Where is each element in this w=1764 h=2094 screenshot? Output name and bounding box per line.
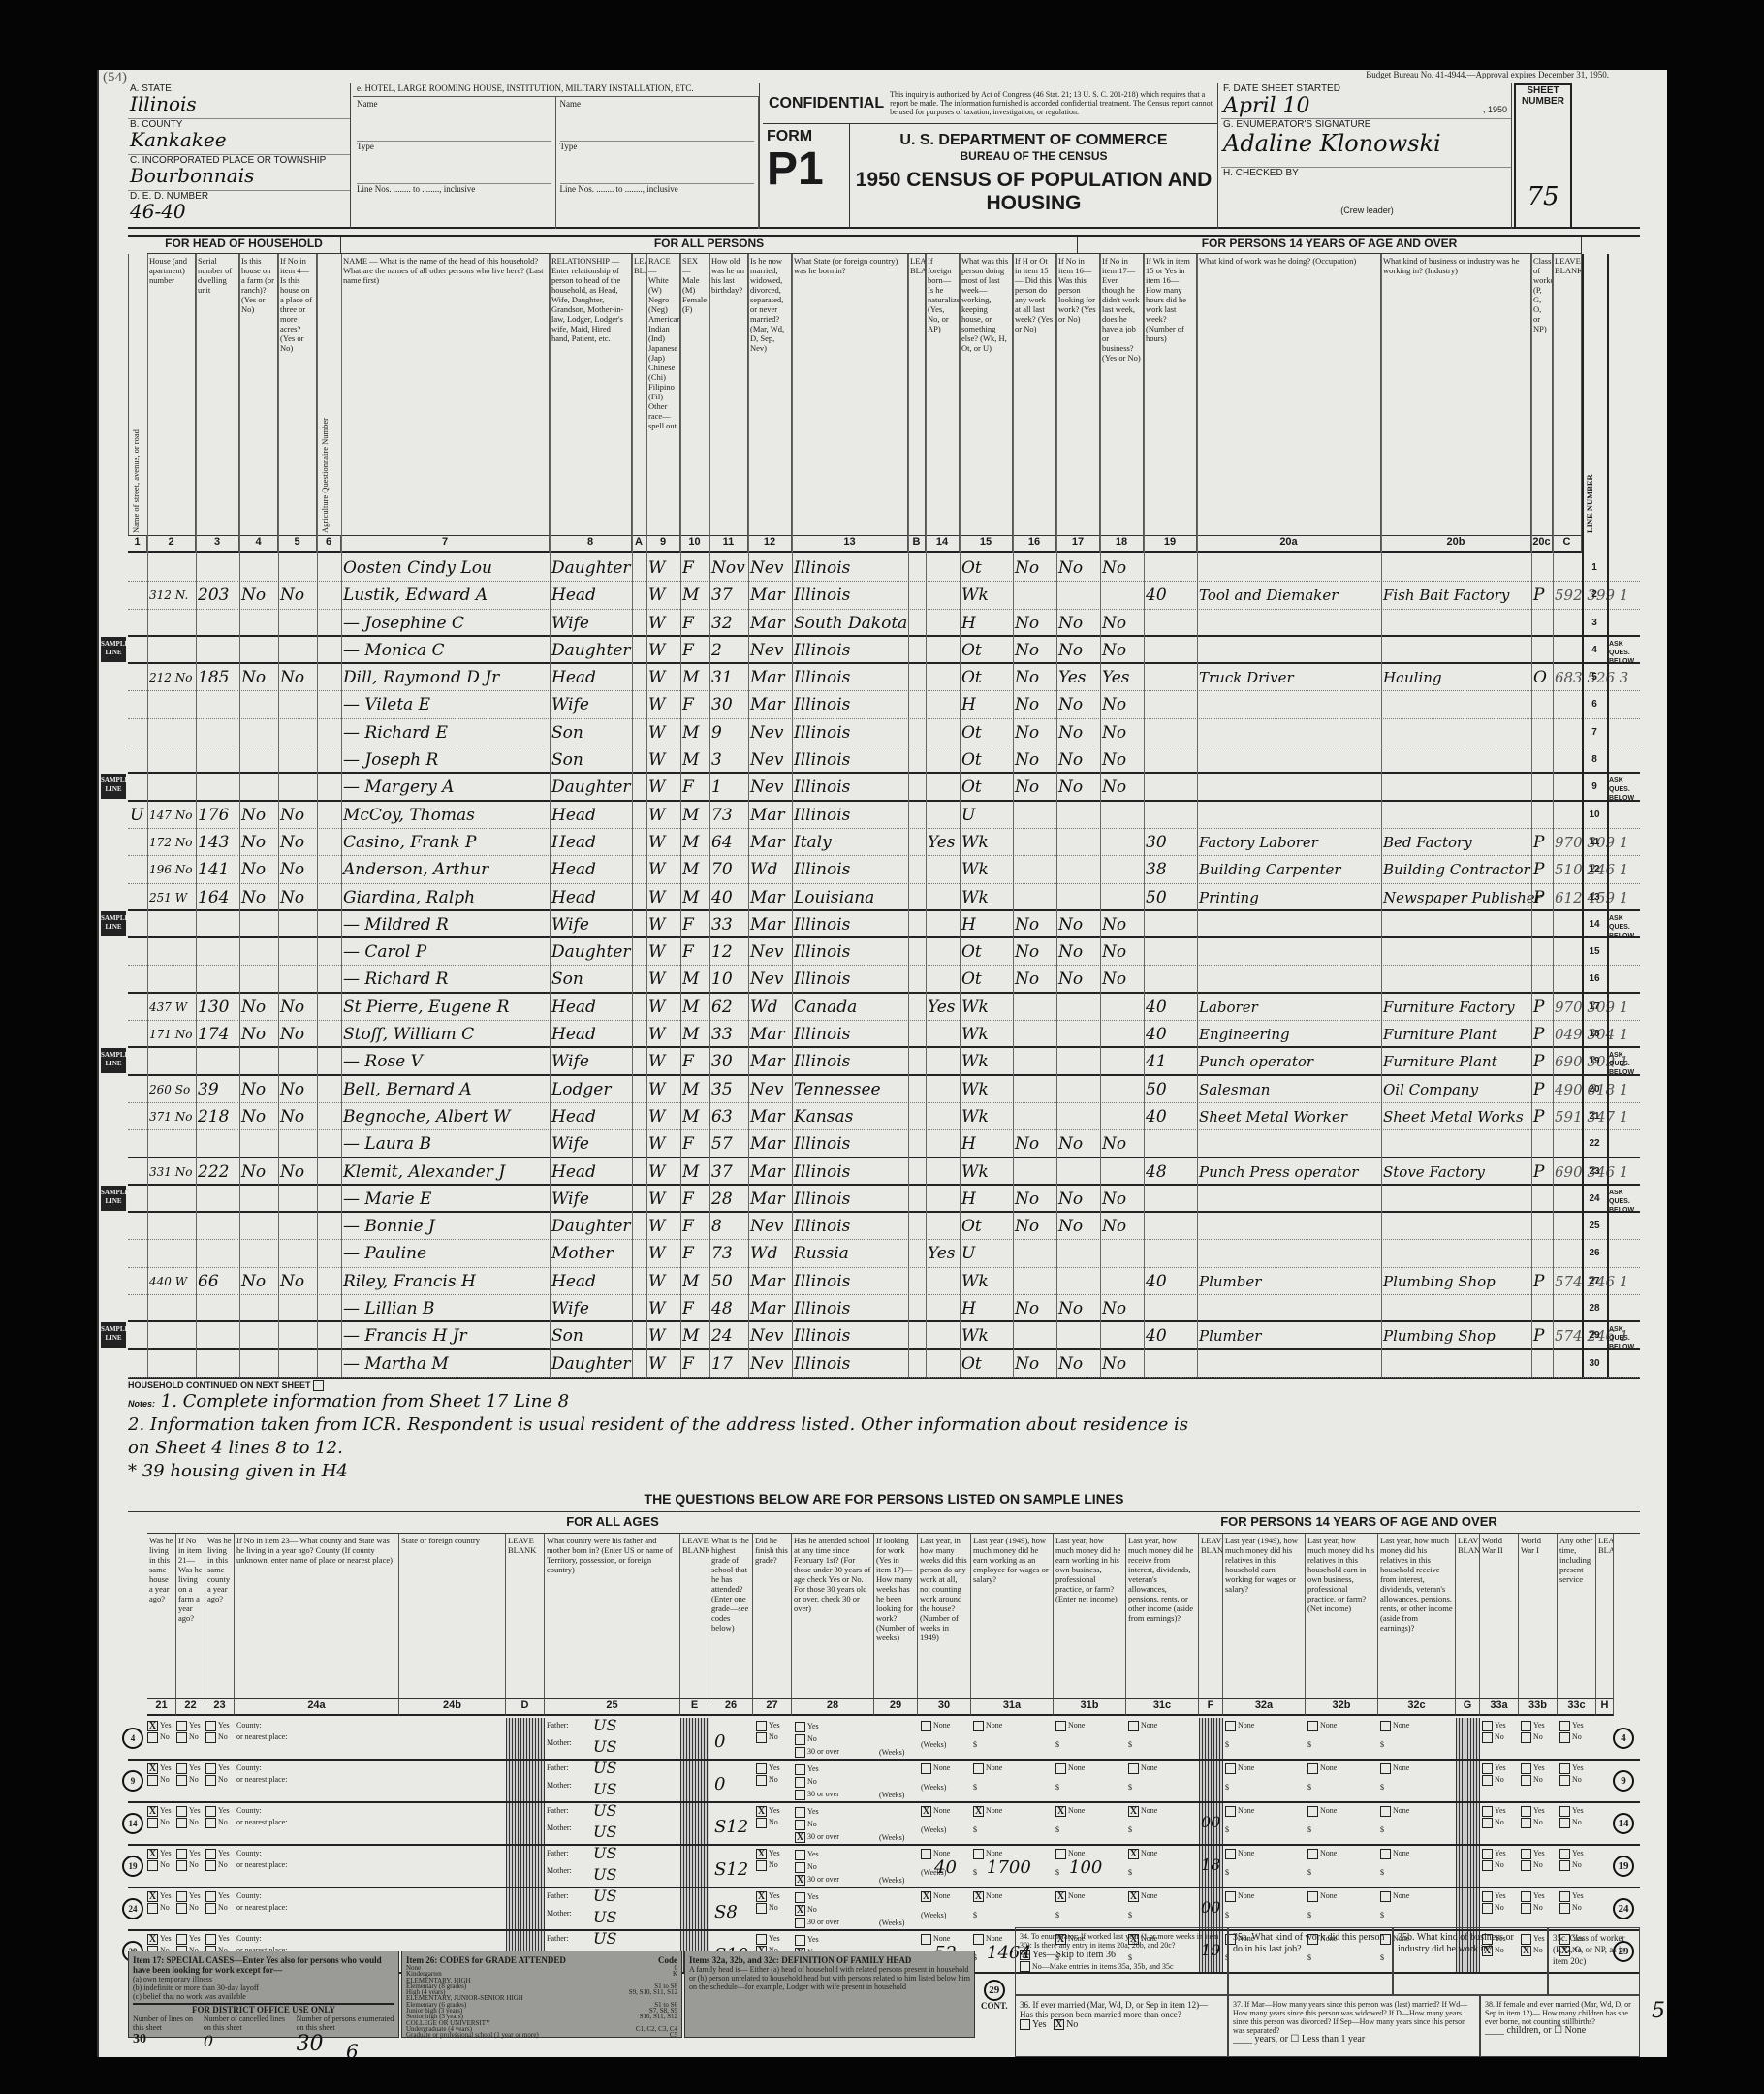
attended-no-checkbox[interactable]: X bbox=[795, 1905, 805, 1916]
self-employment-none-checkbox[interactable]: X bbox=[1055, 1806, 1066, 1817]
relatives-wages-none-checkbox[interactable] bbox=[1225, 1891, 1236, 1902]
farm-year-ago-yes-checkbox[interactable] bbox=[176, 1806, 187, 1817]
relatives-wages-none-checkbox[interactable] bbox=[1225, 1849, 1236, 1859]
sample-line-number: 14 bbox=[1613, 1813, 1634, 1834]
relatives-other-none-checkbox[interactable] bbox=[1380, 1891, 1391, 1902]
wages-none-checkbox[interactable] bbox=[973, 1849, 984, 1859]
cell-street bbox=[128, 746, 147, 772]
no-label: No bbox=[1572, 1860, 1582, 1869]
cell-race: W bbox=[646, 664, 680, 690]
same-county-yes-checkbox[interactable] bbox=[205, 1891, 216, 1902]
no-label: No bbox=[807, 1734, 817, 1743]
weeks-worked-none-checkbox[interactable]: X bbox=[921, 1891, 931, 1902]
cell-any-work bbox=[1013, 1158, 1056, 1184]
weeks-worked-none-checkbox[interactable] bbox=[921, 1763, 931, 1774]
relatives-business-cell: None$ bbox=[1307, 1848, 1337, 1879]
cell-birthplace: Illinois bbox=[792, 691, 908, 717]
relatives-wages-none-checkbox[interactable] bbox=[1225, 1721, 1236, 1731]
sample-line-number: 9 bbox=[1613, 1770, 1634, 1792]
cell-farm: No bbox=[239, 582, 278, 608]
ww2-yes-checkbox[interactable] bbox=[1482, 1763, 1493, 1774]
cell-rel: Daughter bbox=[550, 1213, 632, 1239]
cell-acres bbox=[278, 1048, 317, 1073]
ww1-yes-checkbox[interactable] bbox=[1521, 1849, 1531, 1859]
none-label: None bbox=[1068, 1891, 1085, 1900]
sample-column-header: World War I bbox=[1519, 1534, 1558, 1698]
county-cell: County:or nearest place: bbox=[236, 1890, 287, 1914]
page-code: (54) bbox=[103, 70, 127, 86]
farm-year-ago-no-checkbox[interactable] bbox=[176, 1860, 187, 1871]
cell-looking: No bbox=[1056, 637, 1100, 662]
none-label: None bbox=[933, 1763, 950, 1772]
attended-no-checkbox[interactable] bbox=[795, 1734, 805, 1745]
same-house-yes-checkbox[interactable]: X bbox=[147, 1849, 158, 1859]
wages-none-checkbox[interactable]: X bbox=[973, 1806, 984, 1817]
cell-class bbox=[1531, 555, 1553, 581]
ww2-cell: YesNo bbox=[1482, 1720, 1506, 1743]
same-house-yes-checkbox[interactable]: X bbox=[147, 1934, 158, 1945]
sample-column-number: 31b bbox=[1054, 1698, 1126, 1716]
other-income-none-checkbox[interactable]: X bbox=[1128, 1806, 1139, 1817]
institution-type-label-2: Type bbox=[560, 142, 755, 184]
other-income-none-checkbox[interactable]: X bbox=[1128, 1849, 1139, 1859]
none-label: None bbox=[986, 1934, 1002, 1943]
relatives-business-none-checkbox[interactable] bbox=[1307, 1849, 1318, 1859]
sheet-number: 75 bbox=[1516, 182, 1570, 211]
grid-line bbox=[632, 254, 633, 1377]
cell-birthplace: Kansas bbox=[792, 1103, 908, 1129]
same-county-cell: YesNo bbox=[205, 1890, 230, 1914]
grid-line bbox=[239, 254, 240, 1377]
over30-label: 30 or over bbox=[807, 1790, 839, 1798]
other-income-none-checkbox[interactable] bbox=[1128, 1763, 1139, 1774]
no-label: No bbox=[189, 1775, 199, 1784]
cell-rel: Son bbox=[550, 719, 632, 746]
cell-marital: Mar bbox=[748, 1295, 792, 1320]
self-employment-none-checkbox[interactable] bbox=[1055, 1849, 1066, 1859]
cell-acres bbox=[278, 774, 317, 799]
cell-race: W bbox=[646, 1186, 680, 1211]
same-house-no-checkbox[interactable] bbox=[147, 1903, 158, 1914]
farm-year-ago-yes-checkbox[interactable] bbox=[176, 1891, 187, 1902]
line-number: 9 bbox=[1582, 774, 1607, 801]
cell-nat bbox=[926, 1048, 960, 1073]
none-label: None bbox=[1320, 1806, 1337, 1815]
no-label: No bbox=[769, 1903, 778, 1912]
ww2-no-checkbox[interactable] bbox=[1482, 1818, 1493, 1828]
county-label: County: bbox=[236, 1721, 262, 1729]
sample-column-header: Has he attended school at any time since… bbox=[792, 1534, 874, 1698]
column-number: A bbox=[632, 535, 646, 553]
cell-job: No bbox=[1100, 1295, 1144, 1320]
census-title: 1950 CENSUS OF POPULATION AND HOUSING bbox=[850, 169, 1217, 215]
farm-year-ago-yes-checkbox[interactable] bbox=[176, 1721, 187, 1731]
ww1-no-checkbox[interactable] bbox=[1521, 1775, 1531, 1786]
cell-marital: Mar bbox=[748, 1158, 792, 1184]
dollar-label: $ bbox=[1128, 1825, 1132, 1834]
same-county-yes-checkbox[interactable] bbox=[205, 1721, 216, 1731]
finished-yes-checkbox[interactable] bbox=[756, 1721, 767, 1731]
attended-over30-checkbox[interactable] bbox=[795, 1790, 805, 1800]
cell-hours bbox=[1144, 1295, 1197, 1320]
cell-serial: 130 bbox=[196, 994, 239, 1020]
attended-no-checkbox[interactable] bbox=[795, 1862, 805, 1873]
no-label: No bbox=[1533, 1775, 1543, 1784]
finished-no-checkbox[interactable] bbox=[756, 1903, 767, 1914]
household-continued-checkbox[interactable] bbox=[313, 1380, 324, 1391]
cell-activity: Wk bbox=[960, 829, 1013, 855]
weeks-looking-cell: (Weeks) bbox=[879, 1747, 904, 1759]
cell-marital: Mar bbox=[748, 1268, 792, 1294]
cell-name: — Richard E bbox=[341, 719, 550, 746]
cell-industry: Fish Bait Factory bbox=[1381, 582, 1531, 608]
yes-label: Yes bbox=[160, 1763, 172, 1772]
attended-yes-checkbox[interactable] bbox=[795, 1764, 805, 1775]
other-service-yes-checkbox[interactable] bbox=[1559, 1721, 1570, 1731]
cell-activity: H bbox=[960, 1295, 1013, 1320]
finished-no-checkbox[interactable] bbox=[756, 1860, 767, 1871]
finished-yes-checkbox[interactable]: X bbox=[756, 1806, 767, 1817]
cell-any-work: No bbox=[1013, 1350, 1056, 1377]
father-label: Father: bbox=[547, 1849, 569, 1857]
ww2-yes-checkbox[interactable] bbox=[1482, 1806, 1493, 1817]
none-label: None bbox=[986, 1806, 1002, 1815]
column-header: How old was he on his last birthday? bbox=[709, 254, 748, 535]
no-label: No bbox=[1495, 1903, 1504, 1912]
sample-column-header: Last year (1949), how much money did his… bbox=[1223, 1534, 1306, 1698]
cell-looking: No bbox=[1056, 555, 1100, 581]
cell-occupation: Truck Driver bbox=[1197, 664, 1381, 690]
district-office-title: FOR DISTRICT OFFICE USE ONLY bbox=[133, 2003, 394, 2015]
finished-yes-checkbox[interactable]: X bbox=[756, 1891, 767, 1902]
column-header: RACE — White (W) Negro (Neg) American In… bbox=[646, 254, 680, 535]
same-county-no-checkbox[interactable] bbox=[205, 1775, 216, 1786]
weeks-label: (Weeks) bbox=[879, 1833, 904, 1842]
cell-industry: Sheet Metal Works bbox=[1381, 1103, 1531, 1129]
yes-label: Yes bbox=[1572, 1721, 1584, 1729]
ww1-no-checkbox[interactable] bbox=[1521, 1903, 1531, 1914]
line-number: 14 bbox=[1582, 911, 1607, 938]
none-label: None bbox=[933, 1806, 950, 1815]
relatives-wages-none-checkbox[interactable] bbox=[1225, 1806, 1236, 1817]
cell-sex: F bbox=[680, 774, 709, 799]
father-label: Father: bbox=[547, 1891, 569, 1900]
cell-marital: Mar bbox=[748, 691, 792, 717]
attended-over30-checkbox[interactable] bbox=[795, 1918, 805, 1928]
cell-marital: Nev bbox=[748, 1350, 792, 1377]
question-36: 36. If ever married (Mar, Wd, D, or Sep … bbox=[1015, 1995, 1228, 2057]
no-label: No bbox=[807, 1777, 817, 1786]
same-house-yes-checkbox[interactable]: X bbox=[147, 1763, 158, 1774]
sample-line-number: 19 bbox=[1613, 1856, 1634, 1877]
column-number: B bbox=[908, 535, 926, 553]
ww1-yes-checkbox[interactable] bbox=[1521, 1763, 1531, 1774]
cell-house bbox=[147, 1322, 196, 1348]
cell-rel: Head bbox=[550, 582, 632, 608]
q36-no-checkbox[interactable]: X bbox=[1054, 2019, 1064, 2030]
same-county-no-checkbox[interactable] bbox=[205, 1818, 216, 1828]
cell-nat bbox=[926, 1295, 960, 1320]
same-house-yes-checkbox[interactable]: X bbox=[147, 1806, 158, 1817]
attended-no-checkbox[interactable] bbox=[795, 1777, 805, 1788]
other-income-none-checkbox[interactable]: X bbox=[1128, 1891, 1139, 1902]
yes-label: Yes bbox=[189, 1721, 201, 1729]
cell-serial: 164 bbox=[196, 884, 239, 909]
column-number: 15 bbox=[960, 535, 1013, 553]
cell-sex: M bbox=[680, 1268, 709, 1294]
attended-yes-checkbox[interactable] bbox=[795, 1850, 805, 1860]
cell-hours bbox=[1144, 802, 1197, 828]
finished-no-checkbox[interactable] bbox=[756, 1818, 767, 1828]
weeks-worked-none-checkbox[interactable] bbox=[921, 1721, 931, 1731]
same-county-yes-checkbox[interactable] bbox=[205, 1849, 216, 1859]
farm-year-ago-cell: YesNo bbox=[176, 1848, 201, 1871]
other-service-yes-checkbox[interactable] bbox=[1559, 1763, 1570, 1774]
cell-house: 331 No bbox=[147, 1158, 196, 1184]
same-house-cell: XYesNo bbox=[147, 1762, 172, 1786]
cell-job: Yes bbox=[1100, 664, 1144, 690]
person-row: 437 W130NoNoSt Pierre, Eugene RHeadWM62W… bbox=[128, 994, 1640, 1021]
column-number: 8 bbox=[550, 535, 632, 553]
cell-street: U bbox=[128, 802, 147, 828]
attended-over30-checkbox[interactable]: X bbox=[795, 1832, 805, 1843]
other-service-yes-checkbox[interactable] bbox=[1559, 1806, 1570, 1817]
column-header: What kind of business or industry was he… bbox=[1381, 254, 1531, 535]
farm-year-ago-no-checkbox[interactable] bbox=[176, 1775, 187, 1786]
weeks-looking-cell: (Weeks) bbox=[879, 1875, 904, 1887]
cell-street bbox=[128, 1350, 147, 1377]
yes-label: Yes bbox=[807, 1850, 819, 1858]
other-service-no-checkbox[interactable] bbox=[1559, 1775, 1570, 1786]
finished-yes-checkbox[interactable] bbox=[756, 1763, 767, 1774]
ww2-yes-checkbox[interactable] bbox=[1482, 1721, 1493, 1731]
relatives-other-cell: None$ bbox=[1380, 1848, 1409, 1879]
same-house-no-checkbox[interactable] bbox=[147, 1818, 158, 1828]
no-label: No bbox=[189, 1818, 199, 1826]
cell-race: W bbox=[646, 1130, 680, 1156]
person-row: 212 No185NoNoDill, Raymond D JrHeadWM31M… bbox=[128, 664, 1640, 691]
same-county-yes-checkbox[interactable] bbox=[205, 1806, 216, 1817]
other-service-no-checkbox[interactable] bbox=[1559, 1818, 1570, 1828]
other-income-none-checkbox[interactable] bbox=[1128, 1721, 1139, 1731]
same-county-yes-checkbox[interactable] bbox=[205, 1763, 216, 1774]
self-employment-none-checkbox[interactable] bbox=[1055, 1763, 1066, 1774]
attended-yes-checkbox[interactable] bbox=[795, 1722, 805, 1732]
other-service-yes-checkbox[interactable] bbox=[1559, 1849, 1570, 1859]
cell-class bbox=[1531, 938, 1553, 965]
cell-house: 171 No bbox=[147, 1021, 196, 1046]
ww2-no-checkbox[interactable] bbox=[1482, 1775, 1493, 1786]
cell-occupation: Punch Press operator bbox=[1197, 1158, 1381, 1184]
form-number: P1 bbox=[767, 145, 845, 194]
person-row: — Marie EWifeWF28MarIllinoisHNoNoNo24ASK… bbox=[128, 1186, 1640, 1213]
attended-over30-checkbox[interactable]: X bbox=[795, 1875, 805, 1886]
dollar-label: $ bbox=[1380, 1868, 1384, 1877]
relatives-wages-none-checkbox[interactable] bbox=[1225, 1763, 1236, 1774]
sample-column-header: Was he living in this same house a year … bbox=[147, 1534, 176, 1698]
cell-class: O bbox=[1531, 664, 1553, 690]
cell-house: 196 No bbox=[147, 856, 196, 882]
wages-none-checkbox[interactable] bbox=[973, 1721, 984, 1731]
cell-serial: 218 bbox=[196, 1103, 239, 1129]
wages-none-checkbox[interactable] bbox=[973, 1763, 984, 1774]
county-cell: County:or nearest place: bbox=[236, 1762, 287, 1786]
none-label: None bbox=[1238, 1806, 1254, 1815]
cell-any-work bbox=[1013, 802, 1056, 828]
cell-class: P bbox=[1531, 1076, 1553, 1102]
weeks-worked-none-checkbox[interactable] bbox=[921, 1849, 931, 1859]
dollar-label: $ bbox=[1225, 1825, 1229, 1834]
father-label: Father: bbox=[547, 1934, 569, 1943]
ww2-no-checkbox[interactable] bbox=[1482, 1903, 1493, 1914]
same-county-no-checkbox[interactable] bbox=[205, 1732, 216, 1743]
relatives-business-none-checkbox[interactable] bbox=[1307, 1763, 1318, 1774]
same-house-yes-checkbox[interactable]: X bbox=[147, 1891, 158, 1902]
same-county-yes-checkbox[interactable] bbox=[205, 1934, 216, 1945]
finished-no-checkbox[interactable] bbox=[756, 1732, 767, 1743]
father-birthplace: US bbox=[593, 1801, 616, 1820]
line-number: 20 bbox=[1582, 1076, 1607, 1103]
cell-serial: 203 bbox=[196, 582, 239, 608]
relatives-other-none-checkbox[interactable] bbox=[1380, 1721, 1391, 1731]
cell-nat bbox=[926, 555, 960, 581]
cell-any-work: No bbox=[1013, 610, 1056, 635]
question-35b: 35b. What kind of business or industry d… bbox=[1393, 1927, 1548, 1995]
attended-yes-checkbox[interactable] bbox=[795, 1935, 805, 1946]
relatives-other-none-checkbox[interactable] bbox=[1380, 1849, 1391, 1859]
grid-line bbox=[1607, 254, 1609, 1377]
ww2-yes-checkbox[interactable] bbox=[1482, 1849, 1493, 1859]
ww1-yes-checkbox[interactable] bbox=[1521, 1891, 1531, 1902]
cell-serial: 66 bbox=[196, 1268, 239, 1294]
cell-serial bbox=[196, 610, 239, 635]
farm-year-ago-no-checkbox[interactable] bbox=[176, 1732, 187, 1743]
weeks-label: (Weeks) bbox=[921, 1825, 946, 1834]
sample-line-marker: SAMPLE LINE bbox=[101, 1322, 126, 1348]
mother-birthplace: US bbox=[593, 1865, 616, 1884]
margin-mark: 5 bbox=[1652, 1999, 1665, 2023]
highest-grade: 0 bbox=[714, 1774, 725, 1794]
wages-none-checkbox[interactable]: X bbox=[973, 1891, 984, 1902]
same-house-no-checkbox[interactable] bbox=[147, 1860, 158, 1871]
yes-label: Yes bbox=[160, 1849, 172, 1857]
cell-marital: Mar bbox=[748, 884, 792, 909]
cell-marital: Nev bbox=[748, 1322, 792, 1348]
cell-street bbox=[128, 1186, 147, 1211]
cell-job bbox=[1100, 1021, 1144, 1046]
ww1-yes-checkbox[interactable] bbox=[1521, 1721, 1531, 1731]
same-house-no-checkbox[interactable] bbox=[147, 1732, 158, 1743]
ww2-no-checkbox[interactable] bbox=[1482, 1732, 1493, 1743]
finished-yes-checkbox[interactable]: X bbox=[756, 1849, 767, 1859]
farm-year-ago-yes-checkbox[interactable] bbox=[176, 1934, 187, 1945]
attended-yes-checkbox[interactable] bbox=[795, 1892, 805, 1903]
cell-activity: Ot bbox=[960, 774, 1013, 799]
other-service-yes-checkbox[interactable] bbox=[1559, 1891, 1570, 1902]
ww1-no-checkbox[interactable] bbox=[1521, 1860, 1531, 1871]
finished-yes-checkbox[interactable] bbox=[756, 1934, 767, 1945]
relatives-business-none-checkbox[interactable] bbox=[1307, 1806, 1318, 1817]
same-county-no-checkbox[interactable] bbox=[205, 1860, 216, 1871]
other-service-cell: YesNo bbox=[1559, 1762, 1584, 1786]
same-county-no-checkbox[interactable] bbox=[205, 1903, 216, 1914]
farm-year-ago-yes-checkbox[interactable] bbox=[176, 1763, 187, 1774]
line-number: 26 bbox=[1582, 1240, 1607, 1267]
relatives-other-none-checkbox[interactable] bbox=[1380, 1806, 1391, 1817]
cell-acres bbox=[278, 1322, 317, 1348]
cell-rel: Son bbox=[550, 966, 632, 991]
wages-none-checkbox[interactable] bbox=[973, 1934, 984, 1945]
none-label: None bbox=[1238, 1891, 1254, 1900]
no-label: No bbox=[1572, 1818, 1582, 1826]
ww1-no-checkbox[interactable] bbox=[1521, 1818, 1531, 1828]
cell-activity: H bbox=[960, 691, 1013, 717]
cell-industry: Bed Factory bbox=[1381, 829, 1531, 855]
attended-over30-checkbox[interactable] bbox=[795, 1747, 805, 1758]
no-label: No bbox=[1533, 1860, 1543, 1869]
finished-grade-cell: YesNo bbox=[756, 1762, 780, 1786]
same-house-no-checkbox[interactable] bbox=[147, 1775, 158, 1786]
other-service-no-checkbox[interactable] bbox=[1559, 1903, 1570, 1914]
line-number: 21 bbox=[1582, 1103, 1607, 1130]
self-employment-none-checkbox[interactable]: X bbox=[1055, 1891, 1066, 1902]
q36-yes-checkbox[interactable] bbox=[1020, 2019, 1030, 2030]
cell-acres bbox=[278, 691, 317, 717]
q34-no-checkbox[interactable] bbox=[1020, 1961, 1030, 1972]
cell-nat bbox=[926, 610, 960, 635]
grade-codes-title: Item 26: CODES for GRADE ATTENDED bbox=[406, 1955, 566, 1965]
attended-no-checkbox[interactable] bbox=[795, 1820, 805, 1830]
same-house-yes-checkbox[interactable]: X bbox=[147, 1721, 158, 1731]
none-label: None bbox=[1068, 1721, 1085, 1729]
wages-cell: None$ bbox=[973, 1720, 1002, 1751]
self-employment-none-checkbox[interactable] bbox=[1055, 1721, 1066, 1731]
cell-industry bbox=[1381, 1295, 1531, 1320]
cell-marital: Nev bbox=[748, 746, 792, 772]
other-service-no-checkbox[interactable] bbox=[1559, 1732, 1570, 1743]
farm-year-ago-no-checkbox[interactable] bbox=[176, 1818, 187, 1828]
father-birthplace: US bbox=[593, 1716, 616, 1734]
cell-class: P bbox=[1531, 582, 1553, 608]
cell-hours bbox=[1144, 1240, 1197, 1266]
relatives-other-none-checkbox[interactable] bbox=[1380, 1763, 1391, 1774]
q34-yes-checkbox[interactable]: X bbox=[1020, 1950, 1030, 1960]
weeks-worked-none-checkbox[interactable] bbox=[921, 1934, 931, 1945]
ww1-no-checkbox[interactable] bbox=[1521, 1732, 1531, 1743]
ww2-no-checkbox[interactable] bbox=[1482, 1860, 1493, 1871]
cell-occupation bbox=[1197, 637, 1381, 662]
none-label: None bbox=[1068, 1849, 1085, 1857]
other-service-no-checkbox[interactable] bbox=[1559, 1860, 1570, 1871]
relatives-business-none-checkbox[interactable] bbox=[1307, 1891, 1318, 1902]
finished-no-checkbox[interactable] bbox=[756, 1775, 767, 1786]
relatives-business-none-checkbox[interactable] bbox=[1307, 1721, 1318, 1731]
farm-year-ago-yes-checkbox[interactable] bbox=[176, 1849, 187, 1859]
cell-marital: Mar bbox=[748, 610, 792, 635]
ww1-yes-checkbox[interactable] bbox=[1521, 1806, 1531, 1817]
other-service-cell: YesNo bbox=[1559, 1720, 1584, 1743]
cell-industry: Hauling bbox=[1381, 664, 1531, 690]
farm-year-ago-no-checkbox[interactable] bbox=[176, 1903, 187, 1914]
ww2-yes-checkbox[interactable] bbox=[1482, 1891, 1493, 1902]
attended-yes-checkbox[interactable] bbox=[795, 1807, 805, 1818]
grid-line bbox=[792, 254, 793, 1377]
cell-farm bbox=[239, 719, 278, 746]
cell-serial bbox=[196, 1048, 239, 1073]
weeks-worked-none-checkbox[interactable]: X bbox=[921, 1806, 931, 1817]
cell-farm bbox=[239, 911, 278, 936]
cell-class bbox=[1531, 691, 1553, 717]
